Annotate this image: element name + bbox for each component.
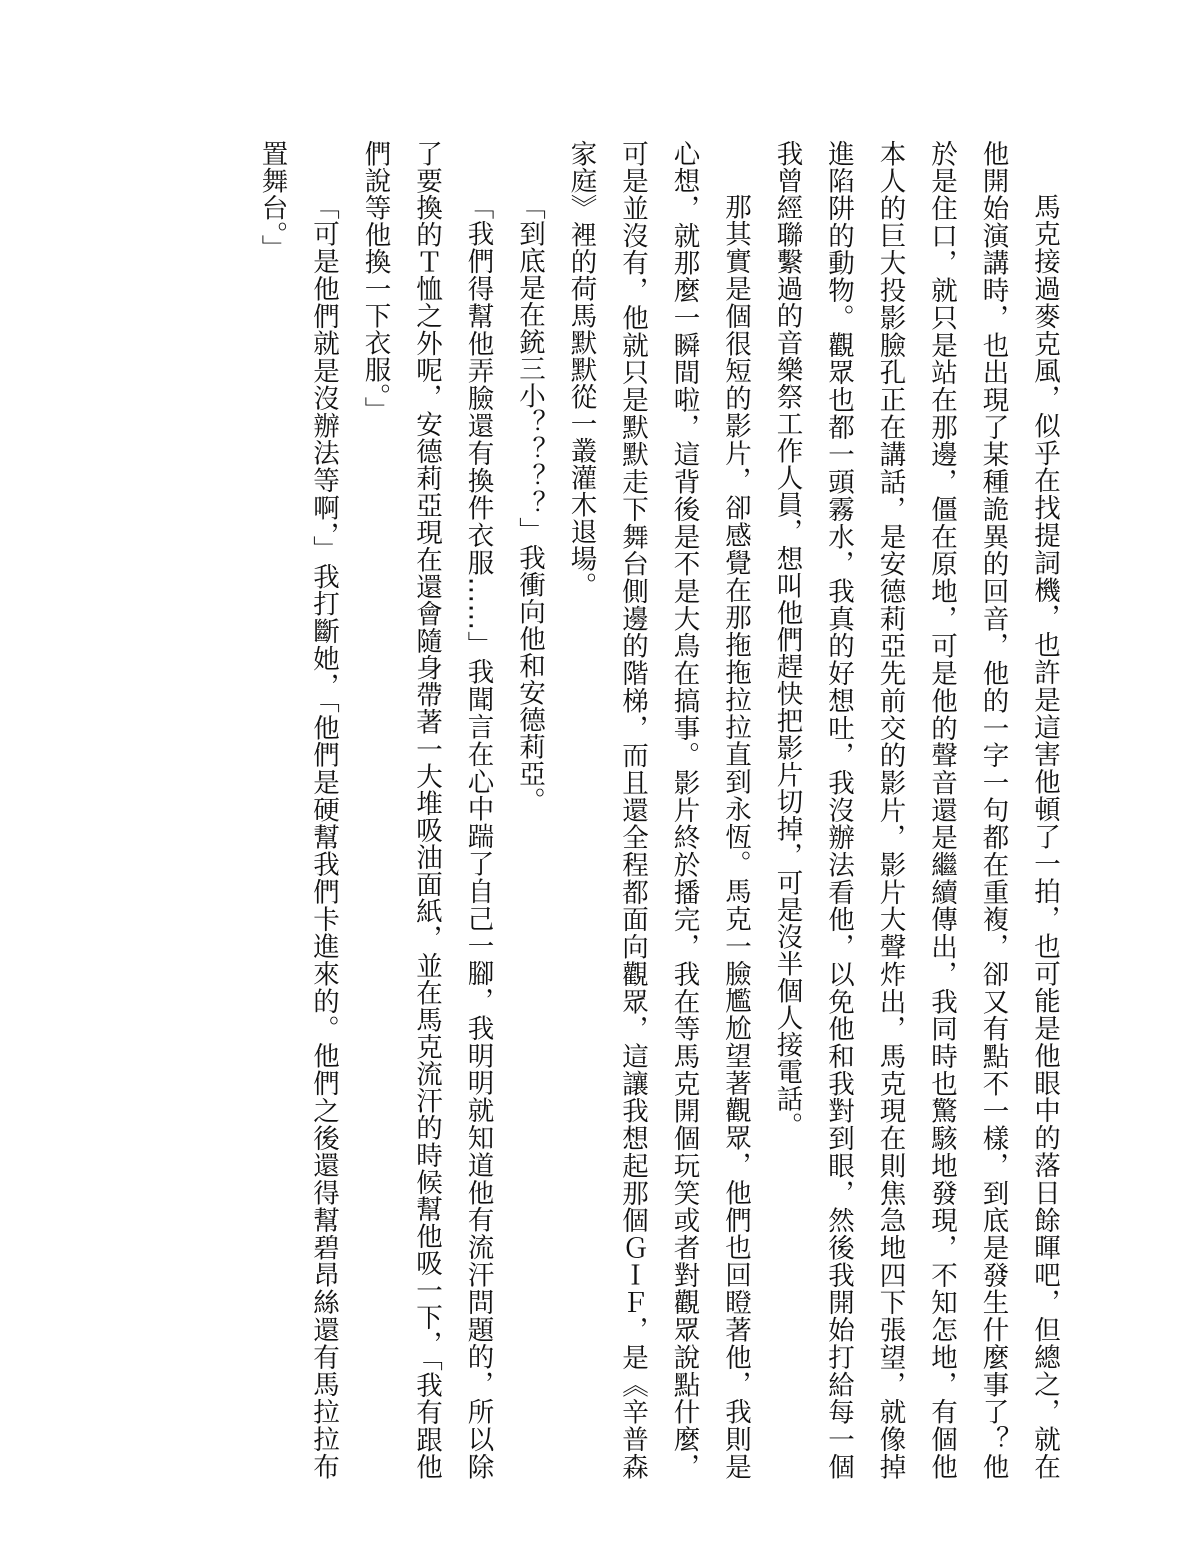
paragraph-5: 「可是他們就是沒辦法等啊，」我打斷她，「他們是硬幫我們卡進來的。他們之後還得幫碧… — [246, 140, 349, 1480]
vertical-text-page: 馬克接過麥克風，似乎在找提詞機，也許是這害他頓了一拍，也可能是他眼中的落日餘暉吧… — [200, 140, 1070, 1480]
paragraph-2: 那其實是個很短的影片，卻感覺在那拖拖拉拉直到永恆。馬克一臉尷尬望著觀眾，他們也回… — [555, 140, 761, 1480]
paragraph-3: 「到底是在銃三小？？？？」我衝向他和安德莉亞。 — [504, 140, 556, 1480]
paragraph-1: 馬克接過麥克風，似乎在找提詞機，也許是這害他頓了一拍，也可能是他眼中的落日餘暉吧… — [761, 140, 1070, 1480]
paragraph-4: 「我們得幫他弄臉還有換件衣服……」我聞言在心中踹了自己一腳，我明明就知道他有流汗… — [349, 140, 504, 1480]
